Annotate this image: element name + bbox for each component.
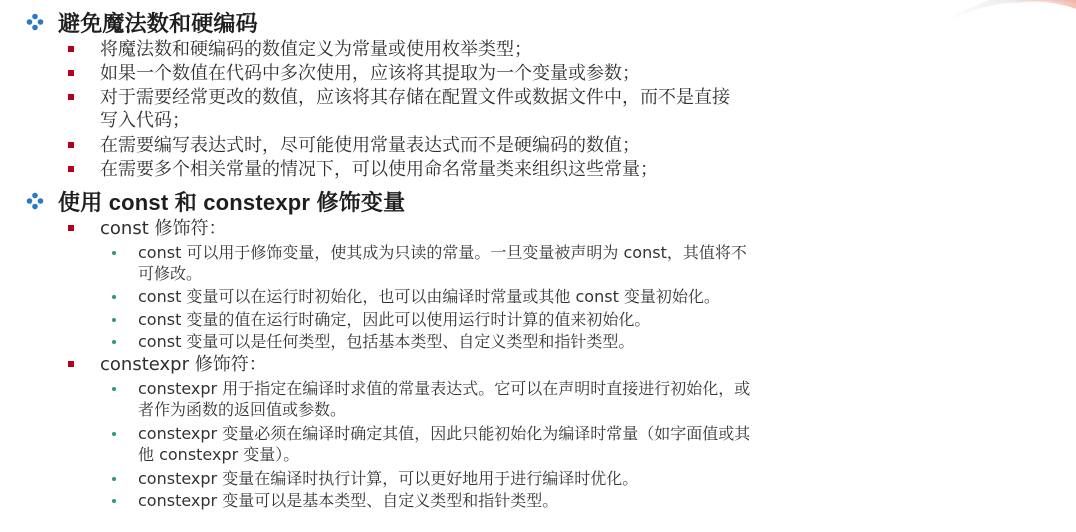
square-bullet-icon [68,70,74,76]
sub-list-item: constexpr 变量可以是基本类型、自定义类型和指针类型。 [112,490,872,511]
slide: 避免魔法数和硬编码 将魔法数和硬编码的数值定义为常量或使用枚举类型； 如果一个数… [0,0,1076,532]
sub-list-item: const 变量可以是任何类型，包括基本类型、自定义类型和指针类型。 [112,331,872,352]
section-heading-text: 使用 const 和 constexpr 修饰变量 [58,186,405,217]
square-bullet-icon [68,142,74,148]
list-item-text: 如果一个数值在代码中多次使用，应该将其提取为一个变量或参数； [100,62,888,85]
square-bullet-icon [68,94,74,100]
sub-list-item: constexpr 变量必须在编译时确定其值，因此只能初始化为编译时常量（如字面… [112,423,872,465]
sub-list-item-text: const 可以用于修饰变量，使其成为只读的常量。一旦变量被声明为 const，… [138,242,872,263]
dot-bullet-icon [112,318,116,322]
list-item: 将魔法数和硬编码的数值定义为常量或使用枚举类型； [68,38,888,61]
list-item-text: 对于需要经常更改的数值，应该将其存储在配置文件或数据文件中，而不是直接 [100,86,888,109]
sub-list-item: const 变量可以在运行时初始化，也可以由编译时常量或其他 const 变量初… [112,286,872,307]
list-item-text: 在需要多个相关常量的情况下，可以使用命名常量类来组织这些常量； [100,158,888,181]
list-item-const-modifier: const 修饰符： [68,217,888,240]
list-item: 对于需要经常更改的数值，应该将其存储在配置文件或数据文件中，而不是直接 写入代码… [68,86,888,132]
section-heading-const-constexpr: 使用 const 和 constexpr 修饰变量 [26,186,405,216]
sub-list-item-text: const 变量可以是任何类型，包括基本类型、自定义类型和指针类型。 [138,331,872,352]
dot-bullet-icon [112,387,116,391]
sub-list-item-text: const 变量的值在运行时确定，因此可以使用运行时计算的值来初始化。 [138,309,872,330]
list-item: 如果一个数值在代码中多次使用，应该将其提取为一个变量或参数； [68,62,888,85]
section-heading-magic-numbers: 避免魔法数和硬编码 [26,7,258,37]
dot-bullet-icon [112,340,116,344]
square-bullet-icon [68,361,74,367]
sub-list-item-text-continued: 他 constexpr 变量）。 [138,444,872,465]
sub-list-item-text-continued: 者作为函数的返回值或参数。 [138,399,872,420]
sub-list-item-text: constexpr 变量必须在编译时确定其值，因此只能初始化为编译时常量（如字面… [138,423,872,444]
sub-list-item-text: constexpr 用于指定在编译时求值的常量表达式。它可以在声明时直接进行初始… [138,378,872,399]
square-bullet-icon [68,225,74,231]
diamond-bullet-icon [26,13,44,31]
list-item-constexpr-modifier: constexpr 修饰符： [68,353,888,376]
list-item-text: constexpr 修饰符： [100,353,888,376]
list-item: 在需要编写表达式时，尽可能使用常量表达式而不是硬编码的数值； [68,134,888,157]
dot-bullet-icon [112,295,116,299]
sub-list-item: constexpr 变量在编译时执行计算，可以更好地用于进行编译时优化。 [112,468,872,489]
square-bullet-icon [68,46,74,52]
sub-list-item-text: constexpr 变量在编译时执行计算，可以更好地用于进行编译时优化。 [138,468,872,489]
section-heading-text: 避免魔法数和硬编码 [58,7,258,38]
sub-list-item-text: constexpr 变量可以是基本类型、自定义类型和指针类型。 [138,490,872,511]
list-item: 在需要多个相关常量的情况下，可以使用命名常量类来组织这些常量； [68,158,888,181]
dot-bullet-icon [112,432,116,436]
corner-decoration-icon [896,0,1076,30]
sub-list-item-text: const 变量可以在运行时初始化，也可以由编译时常量或其他 const 变量初… [138,286,872,307]
square-bullet-icon [68,166,74,172]
list-item-text: 在需要编写表达式时，尽可能使用常量表达式而不是硬编码的数值； [100,134,888,157]
dot-bullet-icon [112,477,116,481]
sub-list-item: const 可以用于修饰变量，使其成为只读的常量。一旦变量被声明为 const，… [112,242,872,284]
dot-bullet-icon [112,251,116,255]
diamond-bullet-icon [26,192,44,210]
list-item-text-continued: 写入代码； [100,109,888,132]
sub-list-item-text-continued: 可修改。 [138,263,872,284]
sub-list-item: const 变量的值在运行时确定，因此可以使用运行时计算的值来初始化。 [112,309,872,330]
sub-list-item: constexpr 用于指定在编译时求值的常量表达式。它可以在声明时直接进行初始… [112,378,872,420]
list-item-text: const 修饰符： [100,217,888,240]
list-item-text: 将魔法数和硬编码的数值定义为常量或使用枚举类型； [100,38,888,61]
dot-bullet-icon [112,499,116,503]
